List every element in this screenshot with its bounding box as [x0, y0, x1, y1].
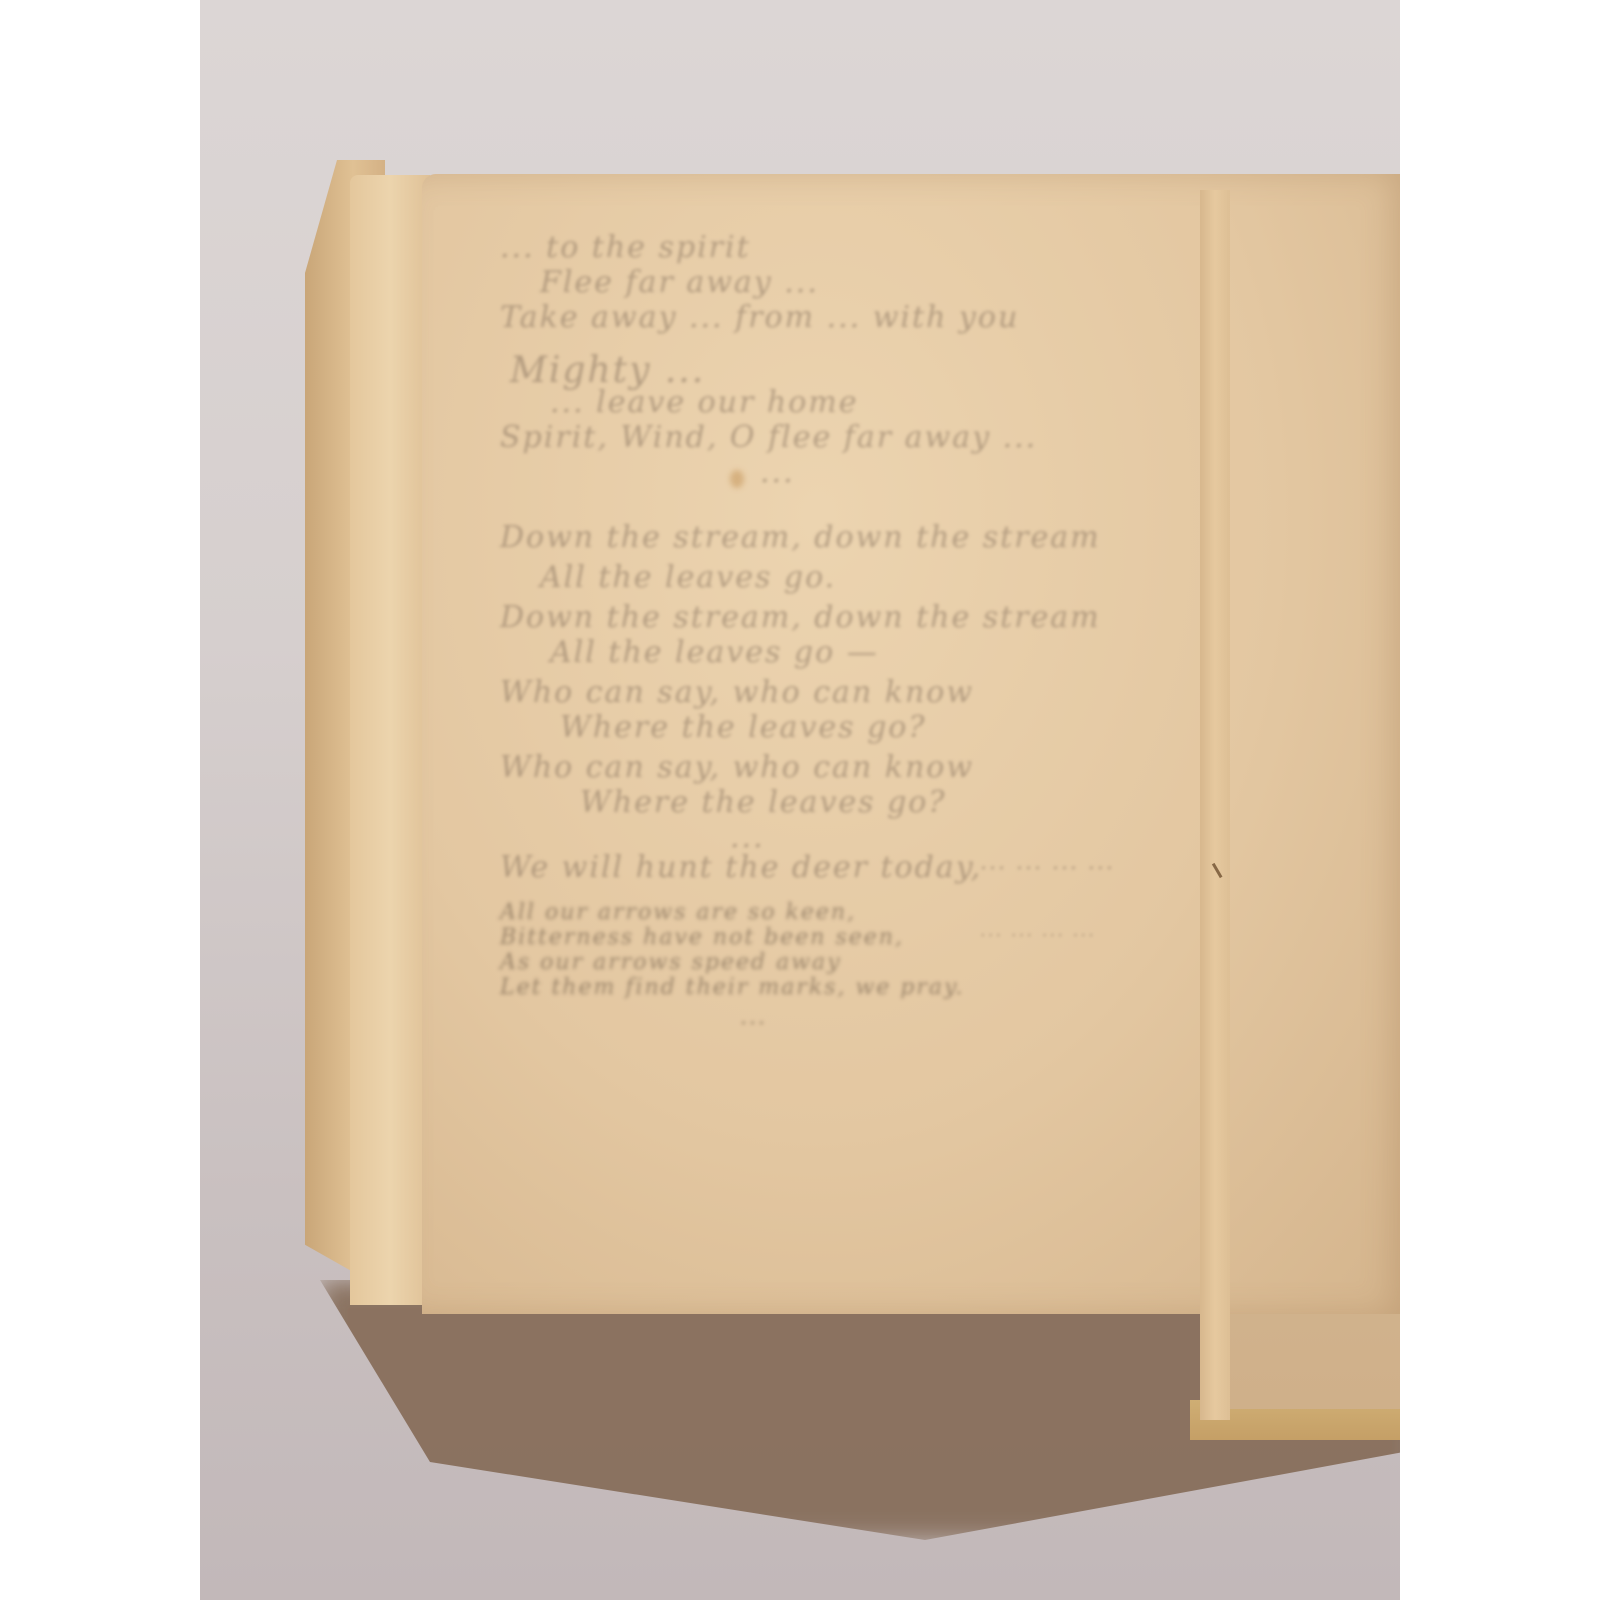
hw-line: Spirit, Wind, O flee far away ... [500, 420, 1037, 455]
hw-line: All the leaves go. [540, 560, 836, 595]
hw-line: As our arrows speed away [500, 950, 842, 975]
hw-line: Who can say, who can know [500, 675, 974, 710]
handwritten-verses: ... to the spirit Flee far away ... Take… [500, 220, 1280, 1040]
hw-line: We will hunt the deer today, [500, 850, 982, 885]
hw-line: Where the leaves go? [560, 710, 926, 745]
hw-line: Who can say, who can know [500, 750, 974, 785]
hw-line: Bitterness have not been seen, [500, 925, 904, 950]
hw-line: Flee far away ... [540, 265, 819, 300]
hw-line: Where the leaves go? [580, 785, 946, 820]
hw-line: Down the stream, down the stream [500, 600, 1101, 635]
hw-line: Take away ... from ... with you [500, 300, 1019, 335]
hw-line: All our arrows are so keen, [500, 900, 856, 925]
hw-margin-note: ... ... ... ... [980, 850, 1115, 875]
hw-line: ... [760, 455, 795, 490]
hw-line: ... to the spirit [500, 230, 751, 265]
hw-line: Let them find their marks, we pray. [500, 975, 965, 1000]
hw-line: ... [740, 1005, 767, 1030]
page-stack-left [350, 175, 430, 1305]
hw-line: ... leave our home [550, 385, 858, 420]
hw-line: All the leaves go — [550, 635, 879, 670]
hw-margin-note: ... ... ... ... [980, 920, 1096, 941]
book-photo: ... to the spirit Flee far away ... Take… [200, 0, 1400, 1600]
hw-line: Down the stream, down the stream [500, 520, 1101, 555]
